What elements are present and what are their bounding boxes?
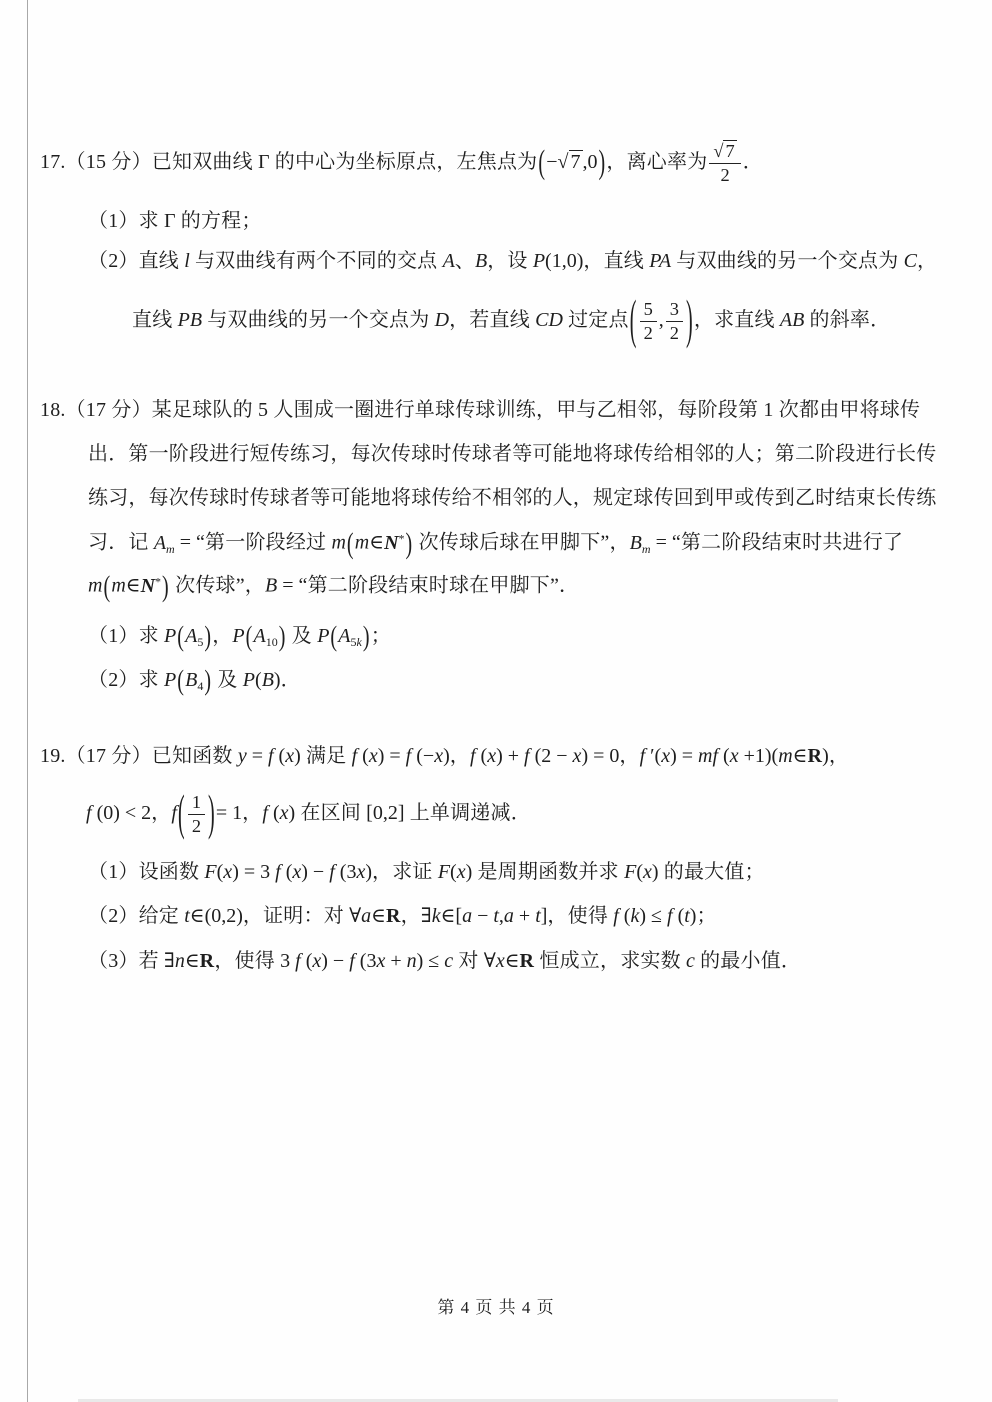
q17-part1-line: （1）求 Γ 的方程； <box>88 207 262 235</box>
q19-part3-line: （3）若 ∃n∈R，使得 3 f (x) − f (3x + n) ≤ c 对 … <box>88 947 801 975</box>
q18-stem-line2: 出．第一阶段进行短传练习，每次传球时传球者等可能地将球传给相邻的人；第二阶段进行… <box>88 440 936 468</box>
q18-part1-line: （1）求 P(A5)，P(A10) 及 P(A5k)； <box>88 622 391 656</box>
q17-part2-line1: （2）直线 l 与双曲线有两个不同的交点 A、B，设 P(1,0)，直线 PA … <box>88 247 937 275</box>
left-margin-rule <box>27 0 28 1402</box>
exam-page: 17.（15 分）已知双曲线 Γ 的中心为坐标原点，左焦点为(−√7,0)，离心… <box>0 0 992 1402</box>
page-number-footer: 第 4 页 共 4 页 <box>0 1293 992 1318</box>
q18-stem-line4: 习．记 Am = “第一阶段经过 m(m∈N*) 次传球后球在甲脚下”，Bm =… <box>88 524 903 563</box>
q18-stem-line1: 18.（17 分）某足球队的 5 人围成一圈进行单球传球训练，甲与乙相邻，每阶段… <box>40 396 920 424</box>
q17-part2-line2: 直线 PB 与双曲线的另一个交点为 D，若直线 CD 过定点(52,32)，求直… <box>132 292 890 348</box>
q17-stem-line: 17.（15 分）已知双曲线 Γ 的中心为坐标原点，左焦点为(−√7,0)，离心… <box>40 136 763 188</box>
q19-part1-line: （1）设函数 F(x) = 3 f (x) − f (3x)，求证 F(x) 是… <box>88 858 765 886</box>
q19-stem-line1: 19.（17 分）已知函数 y = f (x) 满足 f (x) = f (−x… <box>40 742 849 770</box>
q18-stem-line3: 练习，每次传球时传球者等可能地将球传给不相邻的人，规定球传回到甲或传到乙时结束长… <box>88 484 936 512</box>
q18-stem-line5: m(m∈N*) 次传球”，B = “第二阶段结束时球在甲脚下”． <box>88 567 579 600</box>
q19-stem-line2: f (0) < 2，f(12)= 1，f (x) 在区间 [0,2] 上单调递减… <box>86 786 531 840</box>
q18-part2-line: （2）求 P(B4) 及 P(B)． <box>88 666 301 700</box>
q19-part2-line: （2）给定 t∈(0,2)，证明：对 ∀a∈R，∃k∈[a − t,a + t]… <box>88 902 717 930</box>
